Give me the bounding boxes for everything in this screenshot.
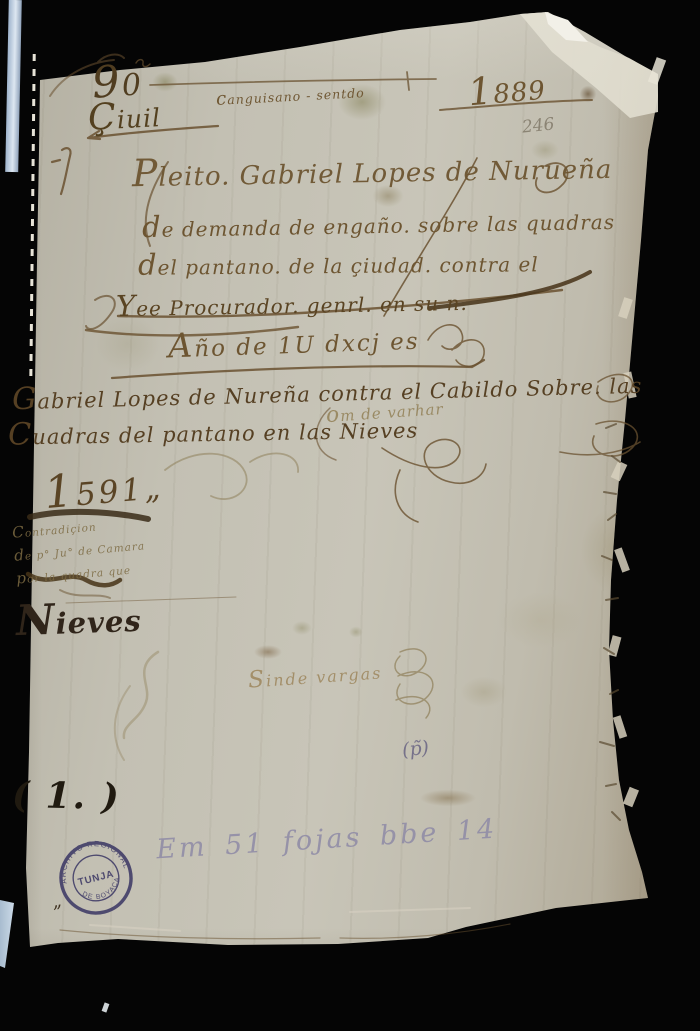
faint-s-flourish [124, 652, 158, 738]
ano-flourish [428, 325, 484, 366]
title-line3: del pantano. de la çiudad. contra el [138, 246, 539, 280]
title-line4: Yee Procurador. genrl. en su n. [116, 285, 468, 322]
year-1591-flourish [165, 453, 298, 499]
margin-note: Contradiçion de p° Ju° de Camara por la … [12, 514, 148, 587]
folio-number-pencil: 246 [521, 114, 555, 137]
bottom-crease-light [90, 908, 470, 931]
civil-label: Çiuil [87, 95, 162, 137]
faint-paren-flourish [115, 686, 130, 760]
nieves-descender-curl [382, 439, 486, 522]
manuscript-photo: 90 Çiuil canguisano - sentdo 1889 246 Pl… [0, 0, 700, 1031]
year-top-right: 1889 [466, 67, 547, 113]
folio-mark: ( 1. ) [12, 777, 121, 817]
pencil-p-mark: (p̃) [401, 737, 430, 762]
bottom-creases [60, 924, 510, 939]
stamp-text-center: TUNJA [77, 869, 115, 889]
title-line1: Pleito. Gabriel Lopes de Nurueña [132, 146, 613, 194]
yee-flourish [86, 296, 115, 329]
vargas-knot [395, 649, 433, 718]
margin-note-line2: de p° Ju° de Camara [14, 537, 146, 564]
initial-j-mark [52, 148, 71, 194]
nieves-label: Nieves [15, 595, 142, 643]
edge-ink-fragments [600, 424, 620, 820]
